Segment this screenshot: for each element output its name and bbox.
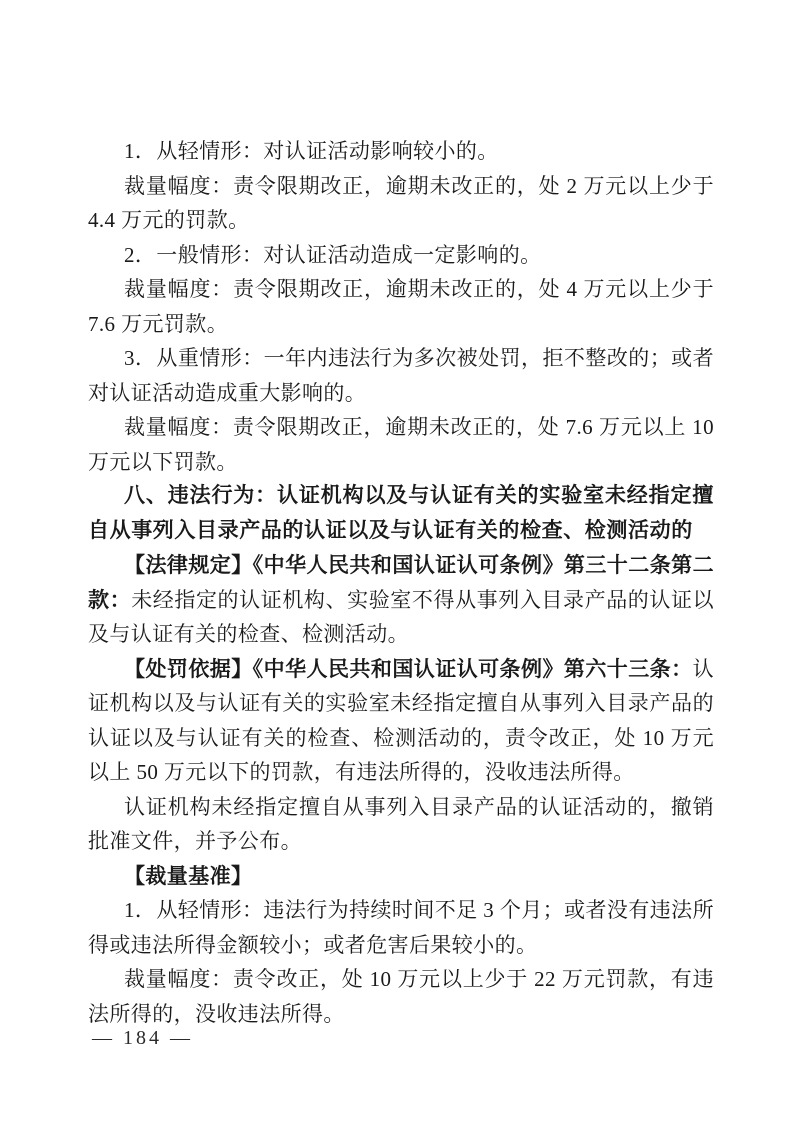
paragraph-lenient-case: 1．从轻情形：违法行为持续时间不足 3 个月；或者没有违法所得或违法所得金额较小…	[88, 893, 714, 962]
paragraph-penalty-basis: 【处罚依据】《中华人民共和国认证认可条例》第六十三条：认证机构以及与认证有关的实…	[88, 652, 714, 790]
paragraph-general-2: 2．一般情形：对认证活动造成一定影响的。	[88, 238, 714, 273]
paragraph-lenient-range-body: 裁量幅度：责令改正，处 10 万元以上少于 22 万元罚款，有违法所得的，没收违…	[88, 967, 714, 1026]
paragraph-discretion-standard-title-lead: 【裁量基准】	[124, 864, 252, 888]
paragraph-lenient-1-body: 1．从轻情形：对认证活动影响较小的。	[124, 139, 499, 163]
paragraph-revocation: 认证机构未经指定擅自从事列入目录产品的认证活动的，撤销批准文件，并予公布。	[88, 790, 714, 859]
paragraph-lenient-range: 裁量幅度：责令改正，处 10 万元以上少于 22 万元罚款，有违法所得的，没收违…	[88, 962, 714, 1031]
paragraph-range-3-body: 裁量幅度：责令限期改正，逾期未改正的，处 7.6 万元以上 10 万元以下罚款。	[88, 415, 714, 474]
paragraph-lenient-case-body: 1．从轻情形：违法行为持续时间不足 3 个月；或者没有违法所得或违法所得金额较小…	[88, 898, 714, 957]
paragraph-range-1: 裁量幅度：责令限期改正，逾期未改正的，处 2 万元以上少于 4.4 万元的罚款。	[88, 169, 714, 238]
paragraph-range-2-body: 裁量幅度：责令限期改正，逾期未改正的，处 4 万元以上少于 7.6 万元罚款。	[88, 277, 714, 336]
paragraph-severe-3: 3．从重情形：一年内违法行为多次被处罚，拒不整改的；或者对认证活动造成重大影响的…	[88, 341, 714, 410]
paragraph-discretion-standard-title: 【裁量基准】	[88, 859, 714, 894]
paragraph-range-3: 裁量幅度：责令限期改正，逾期未改正的，处 7.6 万元以上 10 万元以下罚款。	[88, 410, 714, 479]
paragraph-range-2: 裁量幅度：责令限期改正，逾期未改正的，处 4 万元以上少于 7.6 万元罚款。	[88, 272, 714, 341]
section-heading-violation-8: 八、违法行为：认证机构以及与认证有关的实验室未经指定擅自从事列入目录产品的认证以…	[88, 479, 714, 548]
document-content: 1．从轻情形：对认证活动影响较小的。 裁量幅度：责令限期改正，逾期未改正的，处 …	[88, 134, 714, 1031]
paragraph-penalty-basis-lead: 【处罚依据】《中华人民共和国认证认可条例》第六十三条：	[124, 657, 693, 681]
paragraph-legal-basis: 【法律规定】《中华人民共和国认证认可条例》第三十二条第二款：未经指定的认证机构、…	[88, 548, 714, 652]
paragraph-legal-basis-body: 未经指定的认证机构、实验室不得从事列入目录产品的认证以及与认证有关的检查、检测活…	[88, 588, 714, 647]
paragraph-range-1-body: 裁量幅度：责令限期改正，逾期未改正的，处 2 万元以上少于 4.4 万元的罚款。	[88, 174, 714, 233]
paragraph-severe-3-body: 3．从重情形：一年内违法行为多次被处罚，拒不整改的；或者对认证活动造成重大影响的…	[88, 346, 714, 405]
paragraph-revocation-body: 认证机构未经指定擅自从事列入目录产品的认证活动的，撤销批准文件，并予公布。	[88, 795, 714, 854]
document-page: 1．从轻情形：对认证活动影响较小的。 裁量幅度：责令限期改正，逾期未改正的，处 …	[0, 0, 793, 1122]
paragraph-lenient-1: 1．从轻情形：对认证活动影响较小的。	[88, 134, 714, 169]
section-heading-violation-8-lead: 八、违法行为：认证机构以及与认证有关的实验室未经指定擅自从事列入目录产品的认证以…	[88, 484, 714, 542]
page-number: — 184 —	[92, 1026, 193, 1050]
paragraph-general-2-body: 2．一般情形：对认证活动造成一定影响的。	[124, 243, 542, 267]
